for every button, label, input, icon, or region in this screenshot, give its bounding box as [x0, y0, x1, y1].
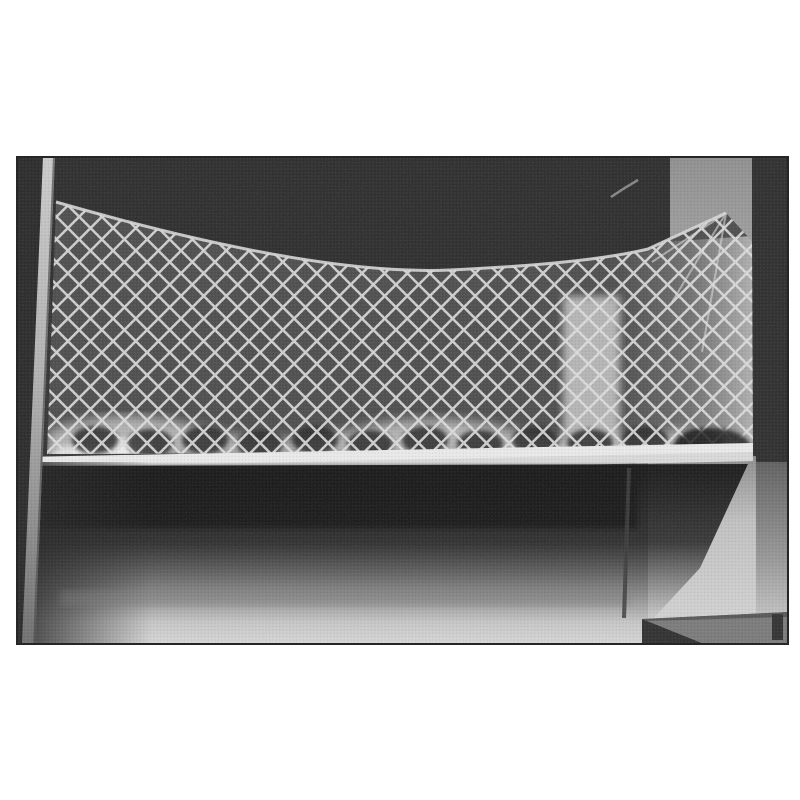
photo-content — [17, 157, 788, 649]
photo-net-on-berth — [0, 0, 800, 800]
photo-canvas — [0, 0, 800, 800]
film-grain-overlay — [17, 157, 788, 644]
page — [0, 0, 800, 800]
